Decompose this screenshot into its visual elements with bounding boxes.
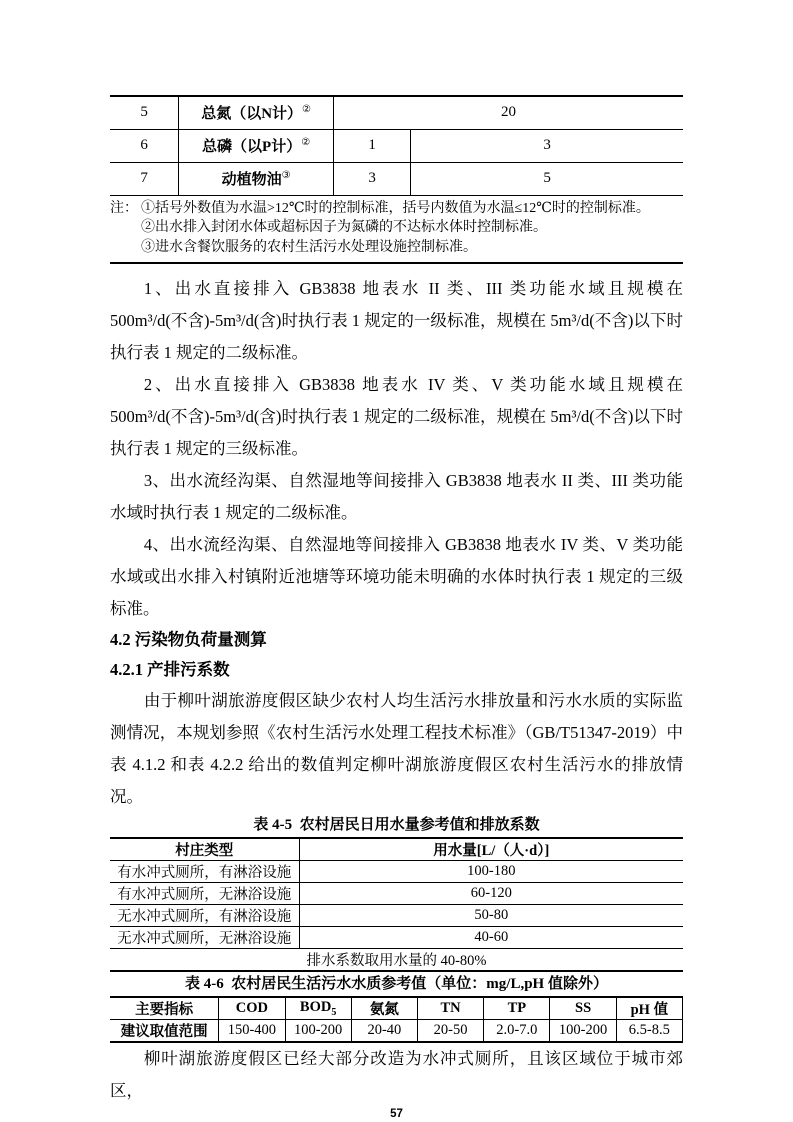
table-row: 无水冲式厕所，有淋浴设施 50-80 [110,905,683,927]
section-heading-4-2-1: 4.2.1 产排污系数 [110,655,683,685]
village-type-cell: 无水冲式厕所，有淋浴设施 [110,905,299,927]
header-cell: BOD5 [285,997,351,1020]
value-cell: 6.5-8.5 [616,1020,682,1043]
table-4-5-caption: 表 4-5 农村居民日用水量参考值和排放系数 [110,813,683,837]
table-row: 7 动植物油③ 3 5 [110,162,683,195]
value-cell: 20-50 [417,1020,483,1043]
village-type-cell: 有水冲式厕所，有淋浴设施 [110,861,299,883]
header-cell: 用水量[L/（人·d）] [299,838,683,861]
village-type-cell: 无水冲式厕所，无淋浴设施 [110,927,299,949]
water-usage-cell: 40-60 [299,927,683,949]
row-number-cell: 5 [110,96,179,129]
village-type-cell: 有水冲式厕所，无淋浴设施 [110,883,299,905]
water-usage-cell: 60-120 [299,883,683,905]
water-usage-cell: 50-80 [299,905,683,927]
value-cell: 150-400 [219,1020,285,1043]
footnote-marker: ② [302,104,311,115]
section-heading-4-2: 4.2 污染物负荷量测算 [110,625,683,655]
table-row: 5 总氮（以N计）② 20 [110,96,683,129]
table-4-5: 村庄类型 用水量[L/（人·d）] 有水冲式厕所，有淋浴设施 100-180 有… [110,837,683,972]
header-cell: TP [484,997,550,1020]
notes-label: 注： [110,199,138,219]
value-cell: 100-200 [285,1020,351,1043]
header-cell: SS [550,997,616,1020]
table-row: 6 总磷（以P计）② 1 3 [110,129,683,162]
row-number-cell: 7 [110,162,179,195]
footnote-marker: ③ [282,170,291,181]
value-cell: 5 [411,162,683,195]
table-4-6: 主要指标 COD BOD5 氨氮 TN TP SS pH 值 建议取值范围 15… [110,996,683,1043]
header-cell: 氨氮 [351,997,417,1020]
note-line: ②出水排入封闭水体或超标因子为氮磷的不达标水体时控制标准。 [141,218,683,238]
table-notes: 注： ①括号外数值为水温>12℃时的控制标准，括号内数值为水温≤12℃时的控制标… [110,196,683,265]
table-row: 无水冲式厕所，无淋浴设施 40-60 [110,927,683,949]
parameter-name: 总磷（以P计） [202,139,301,155]
bod-subscript: 5 [331,1007,336,1018]
value-cell: 1 [333,129,410,162]
parameter-cell: 总氮（以N计）② [179,96,334,129]
parameter-cell: 动植物油③ [179,162,334,195]
note-line: ③进水含餐饮服务的农村生活污水处理设施控制标准。 [141,238,683,258]
header-cell: COD [219,997,285,1020]
parameter-name: 总氮（以N计） [201,106,302,122]
table-header-row: 主要指标 COD BOD5 氨氮 TN TP SS pH 值 [110,997,683,1020]
document-page: 5 总氮（以N计）② 20 6 总磷（以P计）② 1 3 7 动植物油③ 3 5… [0,0,793,1122]
closing-paragraph: 柳叶湖旅游度假区已经大部分改造为水冲式厕所，且该区域位于城市郊区， [110,1043,683,1107]
paragraph-1: 1、出水直接排入 GB3838 地表水 II 类、III 类功能水域且规模在 5… [110,273,683,369]
value-cell: 100-200 [550,1020,616,1043]
header-cell: pH 值 [616,997,682,1020]
header-cell: 村庄类型 [110,838,299,861]
bod-label: BOD [300,999,331,1015]
table-value-row: 建议取值范围 150-400 100-200 20-40 20-50 2.0-7… [110,1020,683,1043]
table-row: 有水冲式厕所，有淋浴设施 100-180 [110,861,683,883]
parameter-name: 动植物油 [222,172,282,188]
paragraph-4: 4、出水流经沟渠、自然湿地等间接排入 GB3838 地表水 IV 类、V 类功能… [110,529,683,625]
value-cell: 3 [411,129,683,162]
value-cell: 2.0-7.0 [484,1020,550,1043]
water-usage-cell: 100-180 [299,861,683,883]
row-label-cell: 建议取值范围 [110,1020,219,1043]
header-cell: 主要指标 [110,997,219,1020]
paragraph-3: 3、出水流经沟渠、自然湿地等间接排入 GB3838 地表水 II 类、III 类… [110,465,683,529]
table-footer-row: 排水系数取用水量的 40-80% [110,949,683,972]
table-row: 有水冲式厕所，无淋浴设施 60-120 [110,883,683,905]
value-cell: 3 [333,162,410,195]
value-cell: 20 [333,96,683,129]
page-number: 57 [110,1108,683,1120]
note-line: ①括号外数值为水温>12℃时的控制标准，括号内数值为水温≤12℃时的控制标准。 [141,199,683,219]
table-header-row: 村庄类型 用水量[L/（人·d）] [110,838,683,861]
row-number-cell: 6 [110,129,179,162]
table-4-6-caption: 表 4-6 农村居民生活污水水质参考值（单位：mg/L,pH 值除外） [110,972,683,996]
paragraph-2: 2、出水直接排入 GB3838 地表水 IV 类、V 类功能水域且规模在 500… [110,369,683,465]
parameter-cell: 总磷（以P计）② [179,129,334,162]
value-cell: 20-40 [351,1020,417,1043]
footnote-marker: ② [301,137,310,148]
standards-table: 5 总氮（以N计）② 20 6 总磷（以P计）② 1 3 7 动植物油③ 3 5 [110,95,683,196]
intro-paragraph: 由于柳叶湖旅游度假区缺少农村人均生活污水排放量和污水水质的实际监测情况，本规划参… [110,685,683,813]
header-cell: TN [417,997,483,1020]
drainage-coefficient-note: 排水系数取用水量的 40-80% [110,949,683,972]
